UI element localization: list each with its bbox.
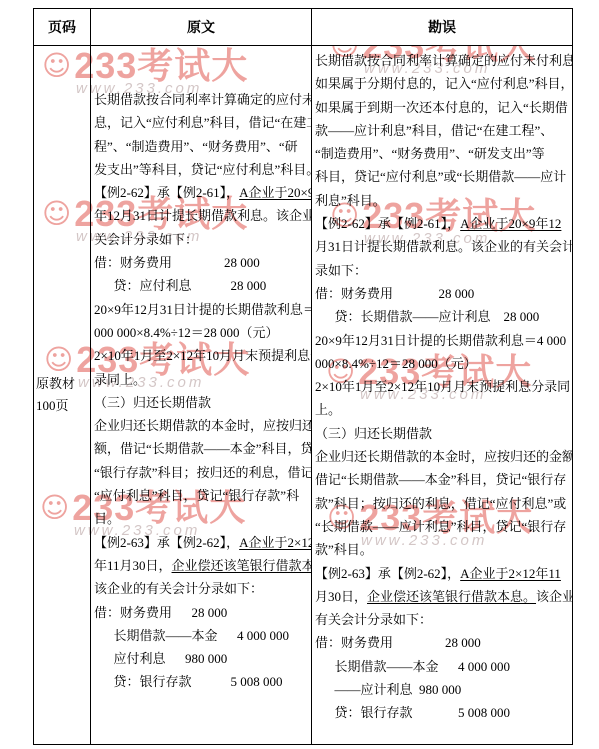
text-line: 月31日计提长期借款利息。该企业的有关会计分 (315, 235, 570, 258)
text-line: 20×9年12月31日计提的长期借款利息＝4 (94, 298, 309, 321)
text-line: 关会计分录如下： (94, 228, 309, 251)
column-header-original-text: 原文 (91, 9, 312, 46)
text-line: 【例2-63】承【例2-62】，A企业于2×12 (94, 531, 309, 554)
text-line: 月30日，企业偿还该笔银行借款本息。该企业的 (315, 585, 570, 608)
text-line: 录同上。 (94, 368, 309, 391)
text-line: 长期借款按合同利率计算确定的应付未付利息， (315, 49, 570, 72)
text-line: 有关会计分录如下： (315, 608, 570, 631)
text-line: 000 000×8.4%÷12＝28 000（元） (94, 321, 309, 344)
text-line: 借：财务费用 28 000 (94, 601, 309, 624)
errata-text-cell: 长期借款按合同利率计算确定的应付未付利息，如果属于分期付息的，记入“应付利息”科… (312, 46, 573, 745)
text-line: 款”科目；按归还的利息，借记“应付利息”或 (315, 492, 570, 515)
text-line: 目。 (94, 507, 309, 530)
text-line: 【例2-62】承【例2-61】，A企业于20×9年12 (315, 212, 570, 235)
text-line: 款——应计利息”科目，借记“在建工程”、 (315, 119, 570, 142)
text-line: 发支出”等科目，贷记“应付利息”科目。 (94, 158, 309, 181)
text-line: 长期借款——本金 4 000 000 (94, 624, 309, 647)
errata-text-block: 长期借款按合同利率计算确定的应付未付利息，如果属于分期付息的，记入“应付利息”科… (315, 46, 570, 725)
text-line: “制造费用”、“财务费用”、“研发支出”等 (315, 142, 570, 165)
text-line: ——应计利息 980 000 (315, 678, 570, 701)
text-line: 借：财务费用 28 000 (315, 631, 570, 654)
text-line: 企业归还长期借款的本金时，应按归还的金 (94, 414, 309, 437)
text-line: 利息”科目。 (315, 189, 570, 212)
text-line: 息，记入“应付利息”科目，借记“在建工 (94, 111, 309, 134)
page-ref-cell: 原教材 100页 (34, 46, 91, 745)
text-line: 【例2-62】承【例2-61】，A企业于20×9 (94, 181, 309, 204)
text-line: 额，借记“长期借款——本金”科目，贷记 (94, 437, 309, 460)
text-line: 上。 (315, 398, 570, 421)
text-line: 【例2-63】承【例2-62】，A企业于2×12年11 (315, 562, 570, 585)
text-line: 企业归还长期借款的本金时，应按归还的金额， (315, 445, 570, 468)
column-header-errata: 勘误 (312, 9, 573, 46)
text-line: 长期借款按合同利率计算确定的应付未付利 (94, 88, 309, 111)
column-header-page-number: 页码 (34, 9, 91, 46)
header-row: 页码 原文 勘误 (34, 9, 573, 46)
text-line: 贷：应付利息 28 000 (94, 274, 309, 297)
text-line: 000×8.4%÷12＝28 000（元） (315, 352, 570, 375)
page-ref-line: 原教材 (36, 373, 88, 395)
text-line: 程”、“制造费用”、“财务费用”、“研 (94, 135, 309, 158)
text-line: 借：财务费用 28 000 (94, 251, 309, 274)
text-line: 如果属于分期付息的，记入“应付利息”科目， (315, 72, 570, 95)
page-ref-line: 100页 (36, 395, 88, 417)
text-line: 借记“长期借款——本金”科目，贷记“银行存 (315, 468, 570, 491)
text-line: 年11月30日，企业偿还该笔银行借款本息。 (94, 554, 309, 577)
text-line: 该企业的有关会计分录如下： (94, 577, 309, 600)
text-line: 如果属于到期一次还本付息的，记入“长期借 (315, 96, 570, 119)
text-line: 款”科目。 (315, 538, 570, 561)
text-line: 贷：银行存款 5 008 000 (315, 701, 570, 724)
text-line: （三）归还长期借款 (315, 422, 570, 445)
text-line: 录如下： (315, 259, 570, 282)
text-line: （三）归还长期借款 (94, 391, 309, 414)
text-line: 2×10年1月至2×12年10月月末预提利息分 (94, 344, 309, 367)
original-text-block: 长期借款按合同利率计算确定的应付未付利息，记入“应付利息”科目，借记“在建工程”… (94, 46, 309, 694)
text-line: 2×10年1月至2×12年10月月末预提利息分录同 (315, 375, 570, 398)
text-line: 贷：长期借款——应计利息 28 000 (315, 305, 570, 328)
original-text-cell: 长期借款按合同利率计算确定的应付未付利息，记入“应付利息”科目，借记“在建工程”… (91, 46, 312, 745)
errata-document-page: ☺233考试大www.233.com☺233考试大www.233.com☺233… (0, 0, 599, 749)
errata-table: 页码 原文 勘误 原教材 100页 长期借款按合同利率计算确定的应付未付利息，记… (33, 8, 573, 745)
text-line: 借：财务费用 28 000 (315, 282, 570, 305)
text-line: “长期借款——应计利息”科目，贷记“银行存 (315, 515, 570, 538)
text-line: 应付利息 980 000 (94, 647, 309, 670)
text-line: 科目，贷记“应付利息”或“长期借款——应计 (315, 165, 570, 188)
text-line: “应付利息”科目，贷记“银行存款”科 (94, 484, 309, 507)
text-line: 20×9年12月31日计提的长期借款利息＝4 000 (315, 329, 570, 352)
text-line: 长期借款——本金 4 000 000 (315, 655, 570, 678)
text-line: 年12月31日计提长期借款利息。该企业的有 (94, 204, 309, 227)
content-row: 原教材 100页 长期借款按合同利率计算确定的应付未付利息，记入“应付利息”科目… (34, 46, 573, 745)
text-line: 贷：银行存款 5 008 000 (94, 670, 309, 693)
text-line: “银行存款”科目；按归还的利息，借记 (94, 461, 309, 484)
